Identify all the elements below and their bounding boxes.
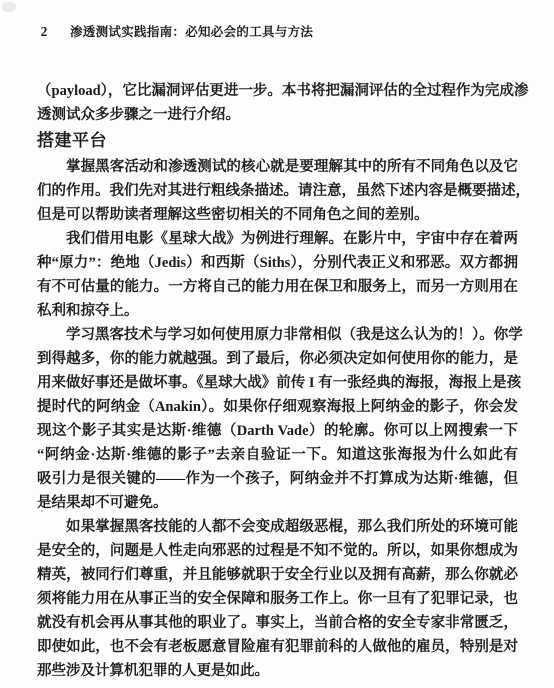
text-line: 是结果却不可避免。 [37, 491, 518, 515]
section-heading: 搭建平台 [37, 129, 518, 153]
text-line: （payload），它比漏洞评估更进一步。本书将把漏洞评估的全过程作为完成渗 [37, 79, 518, 103]
paragraph: 学习黑客技术与学习如何使用原力非常相似（我是这么认为的！）。你学到得越多，你的能… [37, 323, 518, 515]
scan-smudge [2, 2, 16, 12]
text-line: 是安全的，问题是人性走向邪恶的过程是不知不觉的。所以，如果你想成为 [37, 539, 518, 563]
page-number-block: 2 [30, 24, 58, 40]
text-line: 但是可以帮助读者理解这些密切相关的不同角色之间的差别。 [37, 203, 518, 227]
text-line: 学习黑客技术与学习如何使用原力非常相似（我是这么认为的！）。你学 [37, 323, 518, 347]
text-line: 有不可估量的能力。一方将自己的能力用在保卫和服务上，而另一方则用在 [37, 275, 518, 299]
text-line: 即使如此，也不会有老板愿意冒险雇有犯罪前科的人做他的雇员，特别是对 [37, 635, 518, 659]
page-header: 2 渗透测试实践指南：必知必会的工具与方法 [30, 24, 313, 40]
text-line: 现这个影子其实是达斯·维德（Darth Vade）的轮廓。你可以上网搜索一下 [37, 419, 518, 443]
text-line: 我们借用电影《星球大战》为例进行理解。在影片中，宇宙中存在着两 [37, 227, 518, 251]
paragraph: 我们借用电影《星球大战》为例进行理解。在影片中，宇宙中存在着两种“原力”：绝地（… [37, 227, 518, 323]
text-line: 们的作用。我们先对其进行粗线条描述。请注意，虽然下述内容是概要描述， [37, 179, 518, 203]
text-line: 种“原力”：绝地（Jedis）和西斯（Siths），分别代表正义和邪恶。双方都拥 [37, 251, 518, 275]
text-line: 到得越多，你的能力就越强。到了最后，你必须决定如何使用你的能力，是 [37, 347, 518, 371]
text-line: 掌握黑客活动和渗透测试的核心就是要理解其中的所有不同角色以及它 [37, 155, 518, 179]
scan-speck [44, 211, 46, 213]
text-line: “阿纳金·达斯·维德的影子”去亲自验证一下。知道这张海报为什么如此有 [37, 443, 518, 467]
text-line: 精英，被同行们尊重，并且能够就职于安全行业以及拥有高薪，那么你就必 [37, 563, 518, 587]
book-page: 2 渗透测试实践指南：必知必会的工具与方法 （payload），它比漏洞评估更进… [0, 0, 554, 688]
text-line: 如果掌握黑客技能的人都不会变成超级恶棍，那么我们所处的环境可能 [37, 515, 518, 539]
text-line: 须将能力用在从事正当的安全保障和服务工作上。你一旦有了犯罪记录，也 [37, 587, 518, 611]
page-content: （payload），它比漏洞评估更进一步。本书将把漏洞评估的全过程作为完成渗透测… [37, 79, 518, 683]
text-line: 私利和掠夺上。 [37, 299, 518, 323]
paragraph: 掌握黑客活动和渗透测试的核心就是要理解其中的所有不同角色以及它们的作用。我们先对… [37, 155, 518, 227]
paragraph: 如果掌握黑客技能的人都不会变成超级恶棍，那么我们所处的环境可能是安全的，问题是人… [37, 515, 518, 683]
text-line: 提时代的阿纳金（Anakin）。如果你仔细观察海报上阿纳金的影子，你会发 [37, 395, 518, 419]
page-number: 2 [30, 24, 58, 40]
text-line: 吸引力是很关键的——作为一个孩子，阿纳金并不打算成为达斯·维德，但 [37, 467, 518, 491]
scan-speck [41, 510, 43, 512]
paragraph: （payload），它比漏洞评估更进一步。本书将把漏洞评估的全过程作为完成渗透测… [37, 79, 518, 127]
text-line: 就没有机会再从事其他的职业了。事实上，当前合格的安全专家非常匮乏， [37, 611, 518, 635]
text-line: 那些涉及计算机犯罪的人更是如此。 [37, 659, 518, 683]
text-line: 用来做好事还是做坏事。《星球大战》前传 I 有一张经典的海报，海报上是孩 [37, 371, 518, 395]
running-title: 渗透测试实践指南：必知必会的工具与方法 [70, 25, 313, 40]
text-line: 透测试众多步骤之一进行介绍。 [37, 103, 518, 127]
